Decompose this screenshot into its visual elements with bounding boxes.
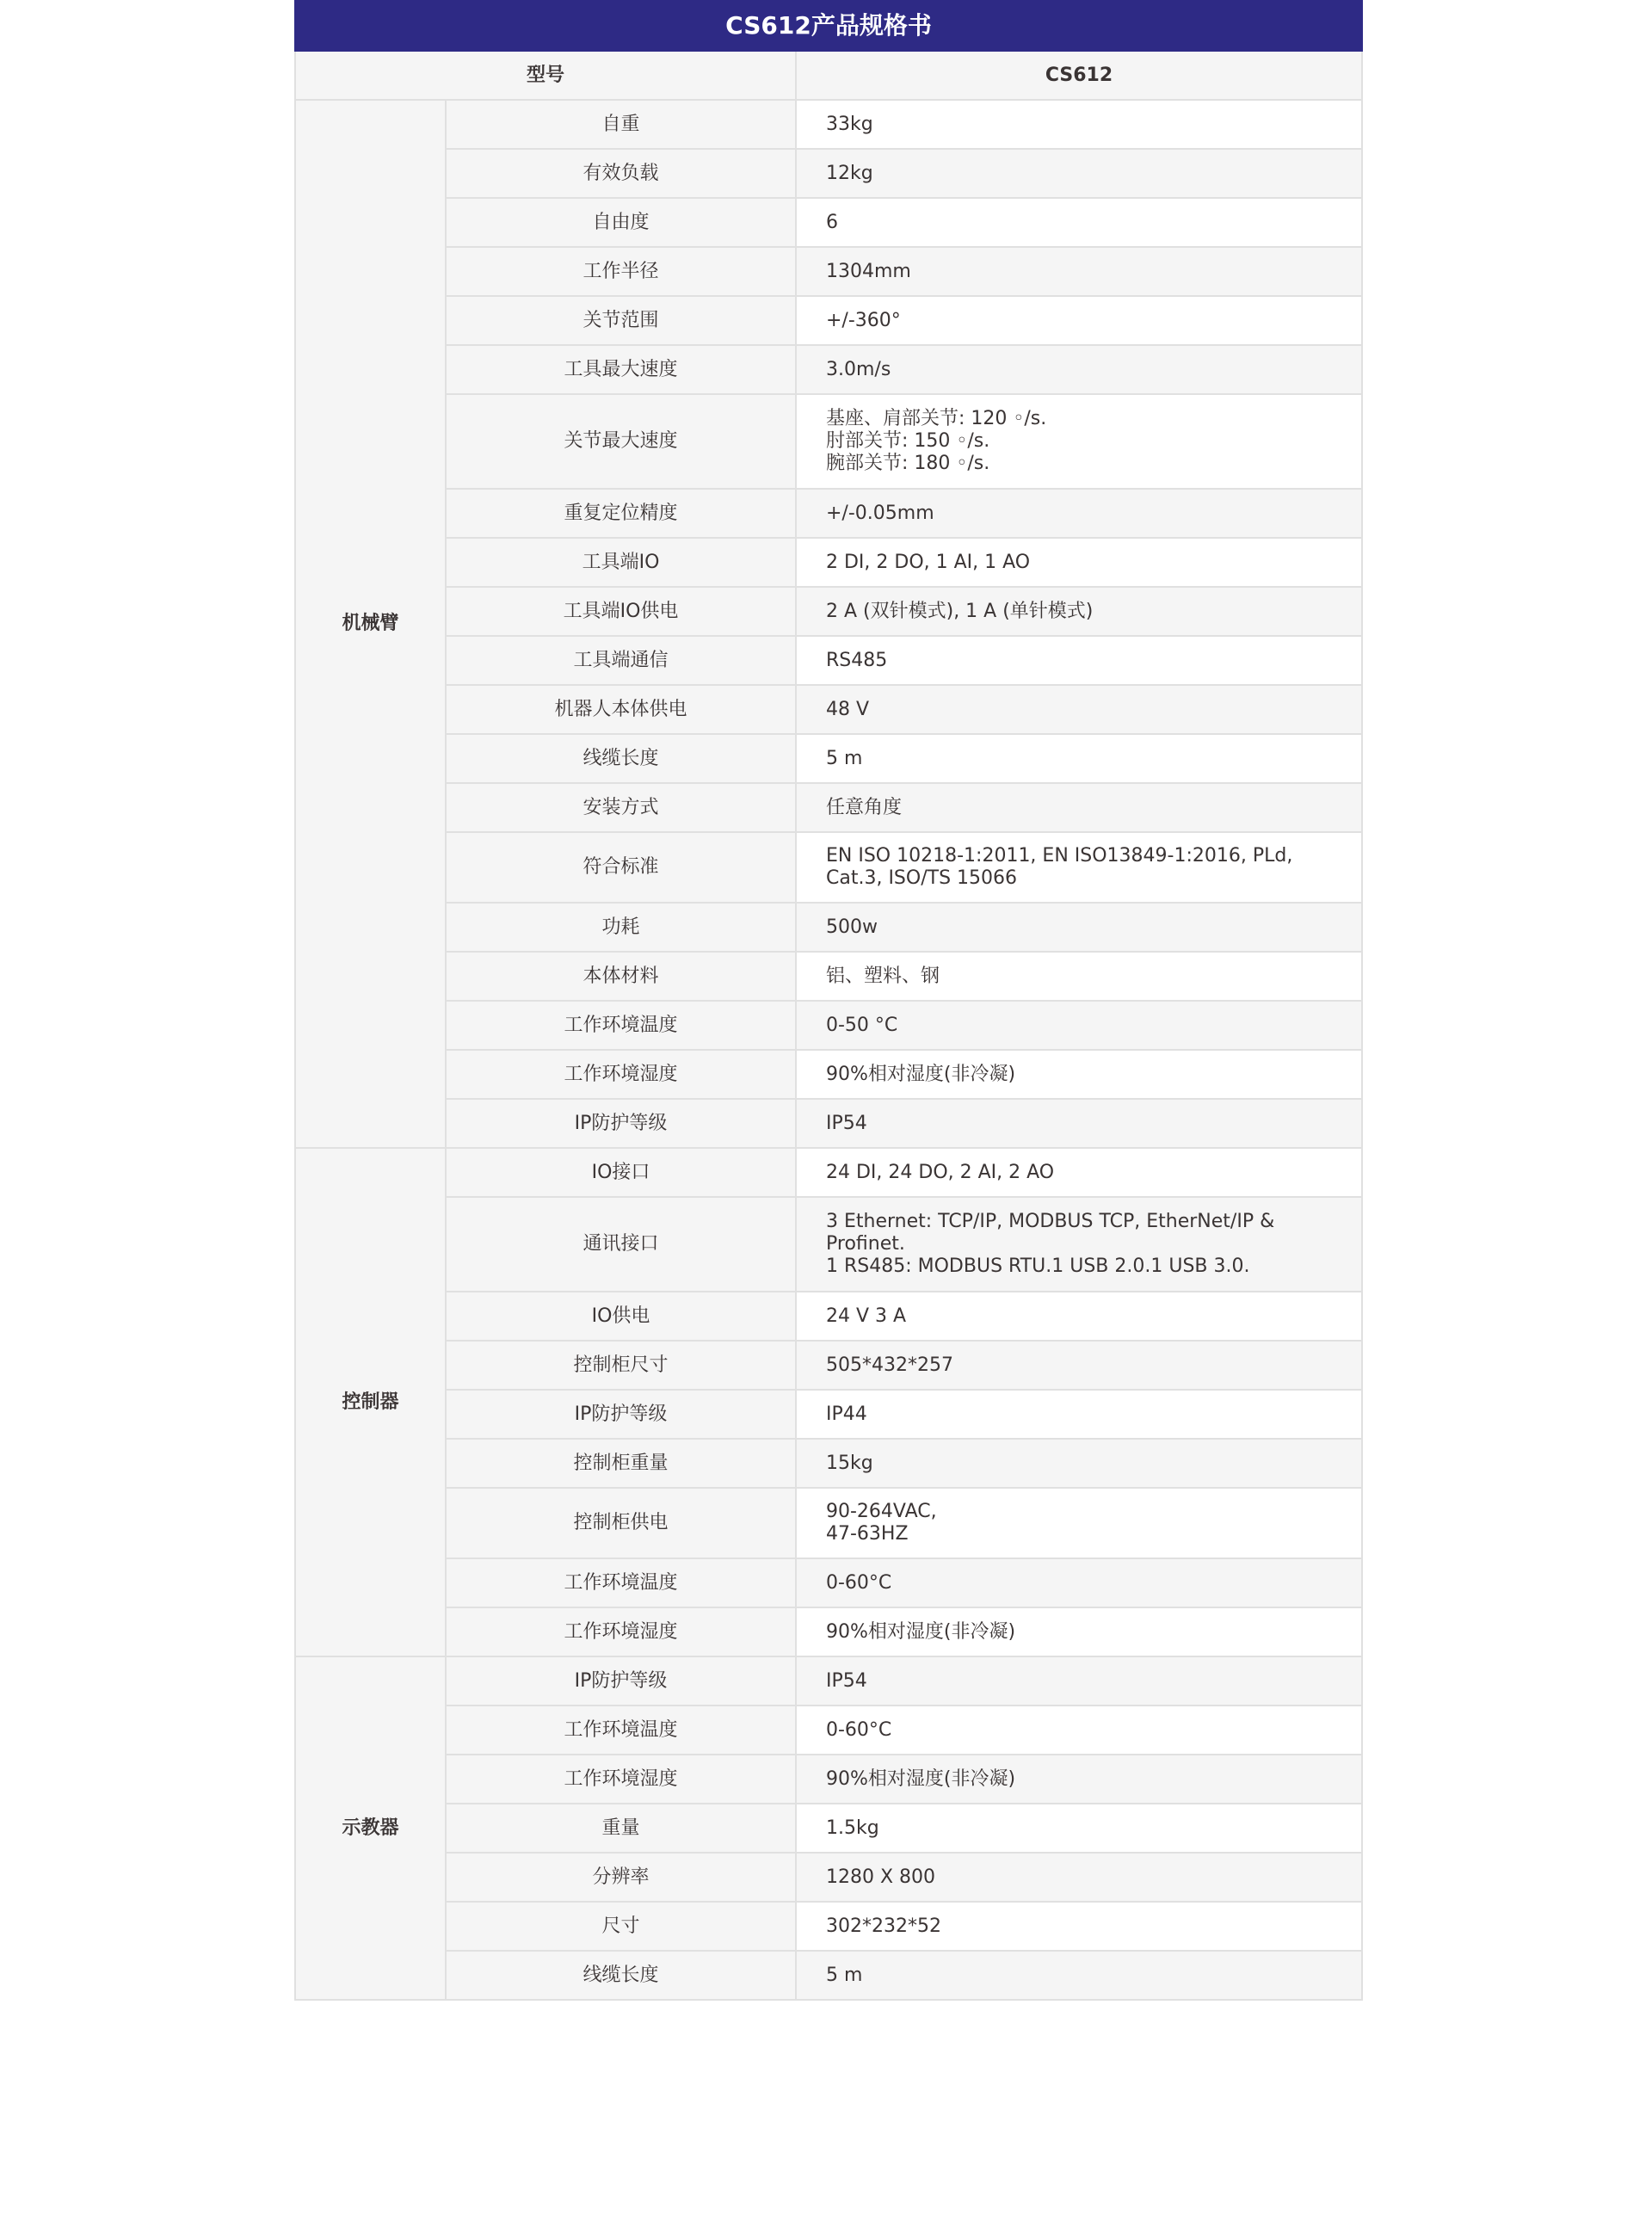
- spec-value: 2 DI, 2 DO, 1 AI, 1 AO: [796, 538, 1362, 587]
- spec-row: 工具最大速度3.0m/s: [295, 345, 1362, 394]
- spec-row: 功耗500w: [295, 903, 1362, 952]
- spec-row: 尺寸302*232*52: [295, 1902, 1362, 1951]
- spec-label: 工作环境湿度: [446, 1607, 796, 1656]
- spec-label: 线缆长度: [446, 734, 796, 783]
- spec-value: 0-60°C: [796, 1706, 1362, 1755]
- category-controller: 控制器: [295, 1148, 446, 1656]
- spec-row: 机械臂自重33kg: [295, 100, 1362, 149]
- spec-value: 48 V: [796, 685, 1362, 734]
- category-teach-pendant: 示教器: [295, 1656, 446, 2000]
- spec-row: 线缆长度5 m: [295, 1951, 1362, 2000]
- spec-label: 工具端IO: [446, 538, 796, 587]
- spec-value: 90-264VAC, 47-63HZ: [796, 1488, 1362, 1558]
- spec-row: 工作环境温度0-50 °C: [295, 1001, 1362, 1050]
- spec-label: 工作环境湿度: [446, 1050, 796, 1099]
- model-value: CS612: [796, 51, 1362, 100]
- spec-value: 2 A (双针模式), 1 A (单针模式): [796, 587, 1362, 636]
- spec-value: +/-0.05mm: [796, 489, 1362, 538]
- spec-value: 505*432*257: [796, 1341, 1362, 1390]
- model-row: 型号 CS612: [295, 51, 1362, 100]
- spec-value: IP54: [796, 1656, 1362, 1706]
- spec-row: 机器人本体供电48 V: [295, 685, 1362, 734]
- spec-value: 3 Ethernet: TCP/IP, MODBUS TCP, EtherNet…: [796, 1197, 1362, 1292]
- spec-row: 分辨率1280 X 800: [295, 1853, 1362, 1902]
- spec-value: 0-60°C: [796, 1558, 1362, 1607]
- spec-value: 1.5kg: [796, 1804, 1362, 1853]
- spec-label: 通讯接口: [446, 1197, 796, 1292]
- spec-label: 工作环境温度: [446, 1558, 796, 1607]
- spec-value: 5 m: [796, 734, 1362, 783]
- spec-row: IP防护等级IP44: [295, 1390, 1362, 1439]
- spec-label: 本体材料: [446, 952, 796, 1001]
- spec-row: 重复定位精度+/-0.05mm: [295, 489, 1362, 538]
- spec-value: 任意角度: [796, 783, 1362, 832]
- spec-value: 基座、肩部关节: 120 ◦/s. 肘部关节: 150 ◦/s. 腕部关节: 1…: [796, 394, 1362, 489]
- spec-value: 1280 X 800: [796, 1853, 1362, 1902]
- spec-label: 工具最大速度: [446, 345, 796, 394]
- spec-row: IP防护等级IP54: [295, 1099, 1362, 1148]
- spec-row: 工具端IO2 DI, 2 DO, 1 AI, 1 AO: [295, 538, 1362, 587]
- spec-label: 工具端通信: [446, 636, 796, 685]
- spec-row: 本体材料铝、塑料、钢: [295, 952, 1362, 1001]
- spec-label: 线缆长度: [446, 1951, 796, 2000]
- spec-label: 控制柜供电: [446, 1488, 796, 1558]
- spec-value: 302*232*52: [796, 1902, 1362, 1951]
- spec-label: 关节范围: [446, 296, 796, 345]
- spec-label: 安装方式: [446, 783, 796, 832]
- spec-value: 1304mm: [796, 247, 1362, 296]
- spec-row: 控制器IO接口24 DI, 24 DO, 2 AI, 2 AO: [295, 1148, 1362, 1197]
- spec-row: IO供电24 V 3 A: [295, 1292, 1362, 1341]
- spec-label: 工作半径: [446, 247, 796, 296]
- spec-value: IP44: [796, 1390, 1362, 1439]
- spec-value: 铝、塑料、钢: [796, 952, 1362, 1001]
- spec-value: 33kg: [796, 100, 1362, 149]
- spec-label: 工作环境温度: [446, 1001, 796, 1050]
- spec-label: 分辨率: [446, 1853, 796, 1902]
- spec-value: 12kg: [796, 149, 1362, 198]
- spec-label: IO接口: [446, 1148, 796, 1197]
- spec-value: 3.0m/s: [796, 345, 1362, 394]
- spec-value: EN ISO 10218-1:2011, EN ISO13849-1:2016,…: [796, 832, 1362, 903]
- spec-label: 尺寸: [446, 1902, 796, 1951]
- model-label: 型号: [295, 51, 796, 100]
- spec-label: IP防护等级: [446, 1656, 796, 1706]
- spec-value: RS485: [796, 636, 1362, 685]
- spec-label: IP防护等级: [446, 1390, 796, 1439]
- spec-row: 符合标准EN ISO 10218-1:2011, EN ISO13849-1:2…: [295, 832, 1362, 903]
- spec-row: 控制柜尺寸505*432*257: [295, 1341, 1362, 1390]
- spec-label: 重量: [446, 1804, 796, 1853]
- spec-value: +/-360°: [796, 296, 1362, 345]
- spec-row: 有效负载12kg: [295, 149, 1362, 198]
- spec-row: 工具端通信RS485: [295, 636, 1362, 685]
- spec-value: 5 m: [796, 1951, 1362, 2000]
- spec-row: 工具端IO供电2 A (双针模式), 1 A (单针模式): [295, 587, 1362, 636]
- spec-label: 功耗: [446, 903, 796, 952]
- spec-label: 有效负载: [446, 149, 796, 198]
- spec-label: 重复定位精度: [446, 489, 796, 538]
- spec-label: 自由度: [446, 198, 796, 247]
- spec-label: 工作环境湿度: [446, 1755, 796, 1804]
- spec-value: 500w: [796, 903, 1362, 952]
- spec-row: 工作环境温度0-60°C: [295, 1558, 1362, 1607]
- spec-row: 工作环境湿度90%相对湿度(非冷凝): [295, 1050, 1362, 1099]
- spec-label: 机器人本体供电: [446, 685, 796, 734]
- spec-label: 控制柜尺寸: [446, 1341, 796, 1390]
- spec-label: 关节最大速度: [446, 394, 796, 489]
- spec-label: IP防护等级: [446, 1099, 796, 1148]
- spec-value: 24 DI, 24 DO, 2 AI, 2 AO: [796, 1148, 1362, 1197]
- category-robot-arm: 机械臂: [295, 100, 446, 1148]
- spec-value: 6: [796, 198, 1362, 247]
- spec-row: 工作环境湿度90%相对湿度(非冷凝): [295, 1607, 1362, 1656]
- spec-value: 90%相对湿度(非冷凝): [796, 1607, 1362, 1656]
- page-title: CS612产品规格书: [295, 1, 1362, 51]
- spec-table: CS612产品规格书 型号 CS612 机械臂自重33kg有效负载12kg自由度…: [294, 0, 1363, 2001]
- spec-value: 24 V 3 A: [796, 1292, 1362, 1341]
- spec-row: 自由度6: [295, 198, 1362, 247]
- spec-row: 工作环境温度0-60°C: [295, 1706, 1362, 1755]
- spec-row: 关节范围+/-360°: [295, 296, 1362, 345]
- spec-value: 90%相对湿度(非冷凝): [796, 1050, 1362, 1099]
- spec-row: 控制柜重量15kg: [295, 1439, 1362, 1488]
- spec-row: 线缆长度5 m: [295, 734, 1362, 783]
- spec-value: IP54: [796, 1099, 1362, 1148]
- spec-row: 关节最大速度基座、肩部关节: 120 ◦/s. 肘部关节: 150 ◦/s. 腕…: [295, 394, 1362, 489]
- spec-value: 15kg: [796, 1439, 1362, 1488]
- spec-row: 控制柜供电90-264VAC, 47-63HZ: [295, 1488, 1362, 1558]
- spec-value: 90%相对湿度(非冷凝): [796, 1755, 1362, 1804]
- spec-value: 0-50 °C: [796, 1001, 1362, 1050]
- spec-row: 安装方式任意角度: [295, 783, 1362, 832]
- spec-row: 重量1.5kg: [295, 1804, 1362, 1853]
- spec-label: 工具端IO供电: [446, 587, 796, 636]
- title-row: CS612产品规格书: [295, 1, 1362, 51]
- spec-row: 工作半径1304mm: [295, 247, 1362, 296]
- spec-row: 通讯接口3 Ethernet: TCP/IP, MODBUS TCP, Ethe…: [295, 1197, 1362, 1292]
- spec-row: 示教器IP防护等级IP54: [295, 1656, 1362, 1706]
- spec-label: 符合标准: [446, 832, 796, 903]
- spec-label: 自重: [446, 100, 796, 149]
- spec-label: IO供电: [446, 1292, 796, 1341]
- spec-label: 工作环境温度: [446, 1706, 796, 1755]
- spec-label: 控制柜重量: [446, 1439, 796, 1488]
- spec-row: 工作环境湿度90%相对湿度(非冷凝): [295, 1755, 1362, 1804]
